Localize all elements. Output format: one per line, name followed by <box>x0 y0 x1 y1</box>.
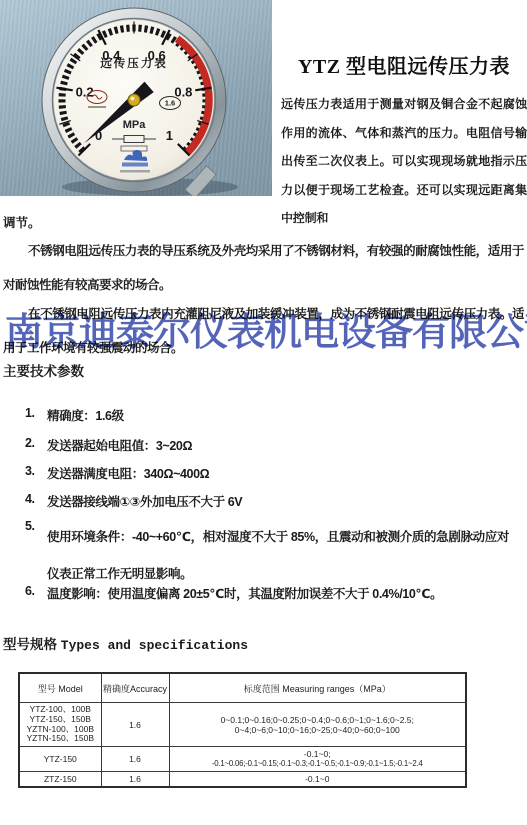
document-page: 00.20.40.60.81 远传压力表 1.6 MPa <box>0 0 527 825</box>
cell-model: YTZ-150 <box>19 747 101 772</box>
param-number: 2. <box>25 436 47 450</box>
table-row: ZTZ-150 1.6 -0.1~0 <box>19 772 466 788</box>
dial-title: 远传压力表 <box>100 56 168 70</box>
specs-heading: 型号规格 Types and specifications <box>3 633 248 653</box>
table-row: YTZ-150 1.6 -0.1~0; -0.1~0.06;-0.1~0.15;… <box>19 747 466 772</box>
specs-heading-cn: 型号规格 <box>3 637 57 652</box>
param-item: 1.精确度：1.6级 <box>25 406 522 424</box>
cell-accuracy: 1.6 <box>101 747 169 772</box>
param-item: 4.发送器接线端①③外加电压不大于 6V <box>25 492 522 510</box>
specs-heading-en: Types and specifications <box>61 638 248 653</box>
gauge-number: 0.8 <box>174 85 192 100</box>
param-text: 精确度：1.6级 <box>47 406 509 424</box>
gauge-number: 1 <box>166 128 173 143</box>
gauge-svg: 00.20.40.60.81 远传压力表 1.6 MPa <box>0 0 272 196</box>
intro-paragraph: 远传压力表适用于测量对钢及铜合金不起腐蚀作用的流体、气体和蒸汽的压力。电阻信号输… <box>281 90 527 233</box>
cell-accuracy: 1.6 <box>101 703 169 747</box>
table-header-row: 型号 Model 精确度Accuracy 标度范围 Measuring rang… <box>19 673 466 703</box>
cell-ranges: -0.1~0 <box>169 772 466 788</box>
cell-ranges: 0~0.1;0~0.16;0~0.25;0~0.4;0~0.6;0~1;0~1.… <box>169 703 466 747</box>
product-photo: 00.20.40.60.81 远传压力表 1.6 MPa <box>0 0 272 196</box>
param-text: 使用环境条件：-40~+60℃，相对湿度不大于 85%，且震动和被测介质的急剧脉… <box>47 519 509 593</box>
cell-ranges: -0.1~0; -0.1~0.06;-0.1~0.15;-0.1~0.3;-0.… <box>169 747 466 772</box>
page-title: YTZ 型电阻远传压力表 <box>281 50 527 79</box>
param-item: 2.发送器起始电阻值：3~20Ω <box>25 436 522 454</box>
param-number: 3. <box>25 464 47 478</box>
param-number: 1. <box>25 406 47 420</box>
table-row: YTZ-100、100B YTZ-150、150B YZTN-100、100B … <box>19 703 466 747</box>
param-text: 温度影响：使用温度偏离 20±5℃时，其温度附加误差不大于 0.4%/10℃。 <box>47 584 509 602</box>
col-header-model: 型号 Model <box>19 673 101 703</box>
gauge-unit-label: MPa <box>123 119 147 131</box>
paragraph-stainless: 不锈钢电阻远传压力表的导压系统及外壳均采用了不锈钢材料，有较强的耐腐蚀性能，适用… <box>3 234 524 302</box>
param-text: 发送器满度电阻：340Ω~400Ω <box>47 464 509 482</box>
intro-paragraph-continuation: 调节。 <box>3 213 41 231</box>
col-header-ranges: 标度范围 Measuring ranges（MPa） <box>169 673 466 703</box>
param-number: 5. <box>25 519 47 533</box>
param-item: 5.使用环境条件：-40~+60℃，相对湿度不大于 85%，且震动和被测介质的急… <box>25 519 522 593</box>
col-header-accuracy: 精确度Accuracy <box>101 673 169 703</box>
param-number: 6. <box>25 584 47 598</box>
paragraph-damped: 在不锈钢电阻远传压力表内充灌阻尼液及加装缓冲装置，成为不锈钢耐震电阻远传压力表。… <box>3 297 524 365</box>
param-text: 发送器接线端①③外加电压不大于 6V <box>47 492 509 510</box>
cell-model: YTZ-100、100B YTZ-150、150B YZTN-100、100B … <box>19 703 101 747</box>
accuracy-badge: 1.6 <box>160 97 181 110</box>
param-number: 4. <box>25 492 47 506</box>
specs-table: 型号 Model 精确度Accuracy 标度范围 Measuring rang… <box>18 672 467 788</box>
param-item: 3.发送器满度电阻：340Ω~400Ω <box>25 464 522 482</box>
svg-text:1.6: 1.6 <box>165 99 175 108</box>
gauge-hub <box>128 94 140 106</box>
param-text: 发送器起始电阻值：3~20Ω <box>47 436 509 454</box>
cell-accuracy: 1.6 <box>101 772 169 788</box>
cell-model: ZTZ-150 <box>19 772 101 788</box>
param-item: 6.温度影响：使用温度偏离 20±5℃时，其温度附加误差不大于 0.4%/10℃… <box>25 584 522 602</box>
tech-params-heading: 主要技术参数 <box>3 360 84 380</box>
